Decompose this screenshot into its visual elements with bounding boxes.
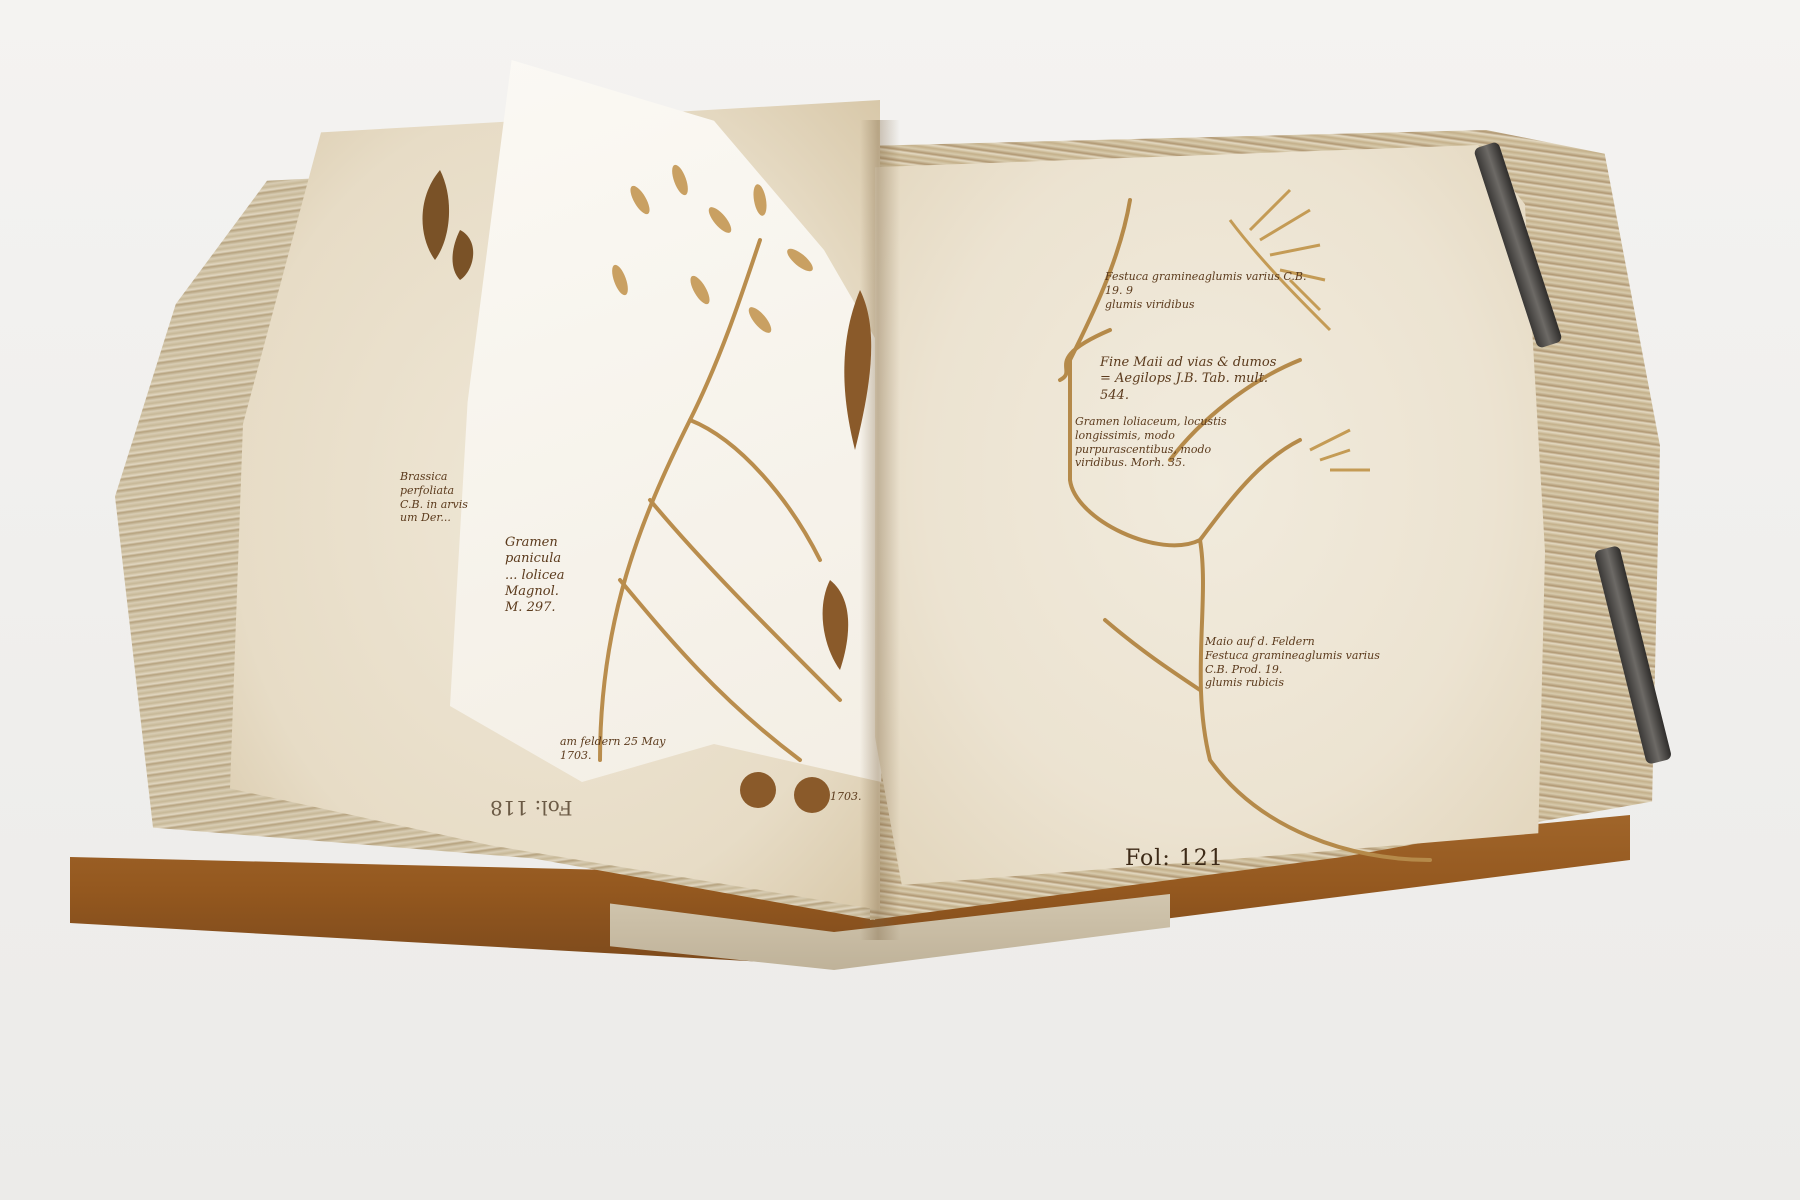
right-page	[875, 145, 1545, 885]
folio-number: Fol: 121	[1125, 845, 1224, 873]
date-note: 1703.	[830, 790, 880, 804]
slip-note: am feldern 25 May 1703.	[560, 735, 670, 763]
collection-note: Maio auf d. Feldern Festuca gramineaglum…	[1205, 635, 1405, 690]
left-margin-note: Brassica perfoliata C.B. in arvis um Der…	[400, 470, 475, 525]
herbarium-photo: Festuca gramineaglumis varius C.B. 19. 9…	[0, 0, 1800, 1200]
habitat-note: Fine Maii ad vias & dumos = Aegilops J.B…	[1100, 355, 1300, 404]
folio-number-upside-down: Fol: 118	[490, 795, 573, 820]
gutter-shadow	[860, 120, 900, 940]
gramen-label: Gramen panicula ... lolicea Magnol. M. 2…	[505, 535, 570, 616]
specimen-label: Festuca gramineaglumis varius C.B. 19. 9…	[1105, 270, 1325, 311]
description-note: Gramen loliaceum, locustis longissimis, …	[1075, 415, 1255, 470]
